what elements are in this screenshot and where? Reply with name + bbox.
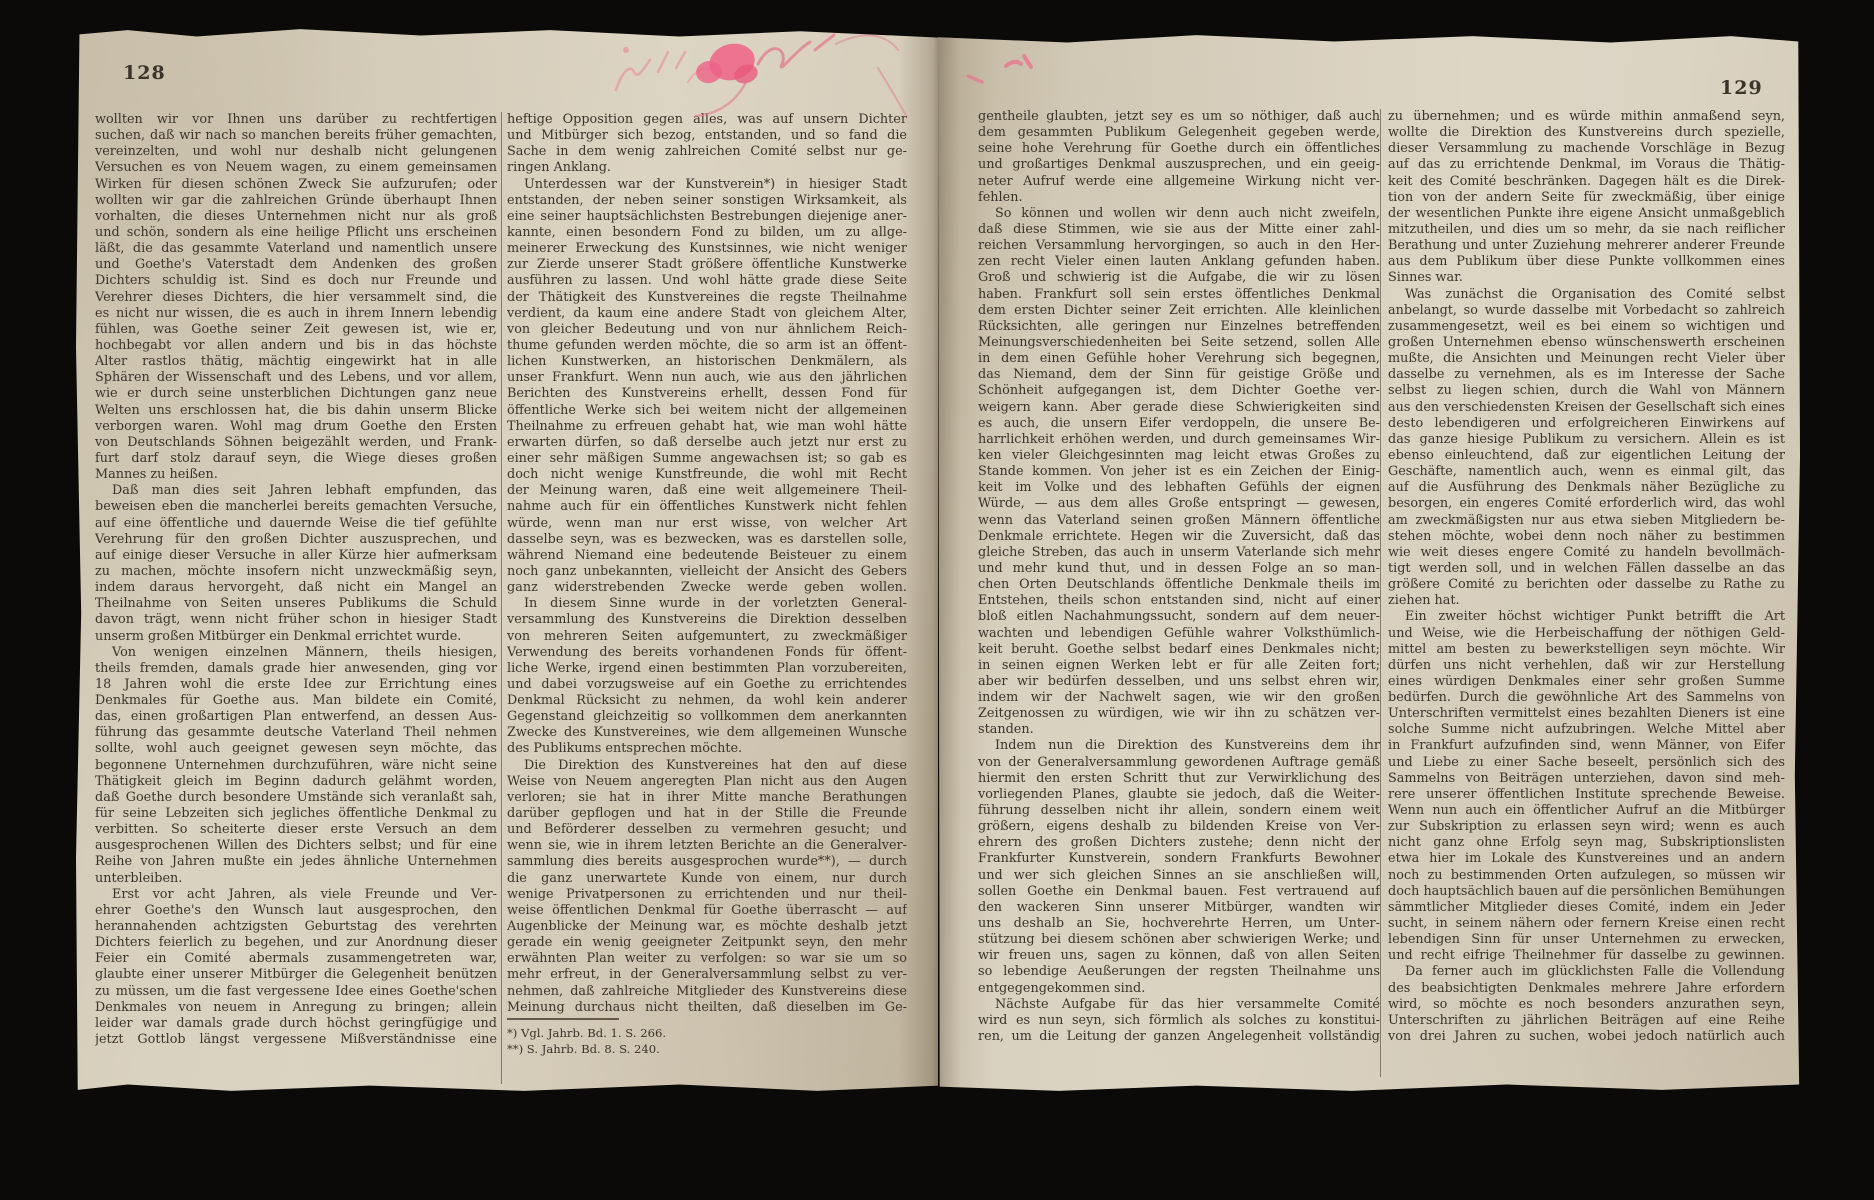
text-line: auf eine öffentliche und dauernde Weise … xyxy=(95,516,497,532)
text-line: auf die Ausführung des Denkmals näher Be… xyxy=(1388,480,1785,496)
text-line: Weise von Neuem angeregten Plan nicht au… xyxy=(507,774,907,790)
text-line: darüber gepflogen und hat in der Stille … xyxy=(507,806,907,822)
text-column-3: gentheile glaubten, jetzt sey es um so n… xyxy=(978,109,1380,1045)
text-line: Berichten des Kunstvereins erhellt, dess… xyxy=(507,386,907,402)
text-line: Da ferner auch im glücklichsten Falle di… xyxy=(1388,964,1785,980)
text-line: entgegengekommen sind. xyxy=(978,981,1380,997)
text-line: anbelangt, so wurde dasselbe mit Vorbeda… xyxy=(1388,303,1785,319)
text-line: Wirken für diesen schönen Zweck Sie aufz… xyxy=(95,177,497,193)
text-line: lichen Kunstwerken, an historischen Denk… xyxy=(507,354,907,370)
text-line: mitzutheilen, und dies um so mehr, da si… xyxy=(1388,222,1785,238)
text-line: Meinung durchaus nicht theilten, daß die… xyxy=(507,1000,907,1016)
ink-stroke xyxy=(758,35,834,67)
text-line: Denkmales für Goethe aus. Man bildete ei… xyxy=(95,693,497,709)
text-line: Entstehen, theils schon entstanden sind,… xyxy=(978,593,1380,609)
text-line: fehlen. xyxy=(978,190,1380,206)
text-line: es nicht nur wissen, die es auch in ihre… xyxy=(95,306,497,322)
text-line: Gegenstand gleichzeitig so vollkommen de… xyxy=(507,709,907,725)
text-line: bloß eitlen Nachahmungssucht, sondern au… xyxy=(978,609,1380,625)
text-line: Mannes zu heißen. xyxy=(95,467,497,483)
text-line: läßt, die das gesammte Vaterland und nam… xyxy=(95,241,497,257)
text-line: Zwecke des Kunstvereines, wie dem allgem… xyxy=(507,725,907,741)
text-line: von mehreren Seiten aufgemuntert, zu zwe… xyxy=(507,629,907,645)
text-line: erwähnten Plan weiter zu verfolgen: so w… xyxy=(507,951,907,967)
text-line: zu müssen, um die fast vergessene Idee e… xyxy=(95,984,497,1000)
text-line: den wackeren Sinn unserer Mitbürger, wan… xyxy=(978,900,1380,916)
text-line: so lebendige Aeußerungen der regsten The… xyxy=(978,964,1380,980)
page-number-128: 128 xyxy=(123,62,166,84)
text-line: etwa hier im Lokale des Kunstvereines un… xyxy=(1388,851,1785,867)
text-line: Unterdessen war der Kunstverein*) in hie… xyxy=(507,177,907,193)
text-line: wenige Privatpersonen zu errichtenden un… xyxy=(507,887,907,903)
text-line: Verehrer dieses Dichters, die hier versa… xyxy=(95,290,497,306)
text-line: weigern kann. Aber gerade diese Schwieri… xyxy=(978,400,1380,416)
text-line: Sphären der Wissenschaft und des Lebens,… xyxy=(95,370,497,386)
text-line: Groß und schwierig ist die Aufgabe, die … xyxy=(978,270,1380,286)
text-line: wachten und lebendigen Gefühle wahrer Vo… xyxy=(978,626,1380,642)
text-line: wollte die Direktion des Kunstvereins du… xyxy=(1388,125,1785,141)
text-line: Denkmale errichtete. Hegen wir die Zuver… xyxy=(978,529,1380,545)
text-line: theils fremden, damals grade hier anwese… xyxy=(95,661,497,677)
text-line: keit im Volke und des lebhaften Gefühls … xyxy=(978,480,1380,496)
text-line: meinerer Erweckung des Kunstsinnes, wie … xyxy=(507,241,907,257)
text-line: Berathung und unter Zuziehung mehrerer a… xyxy=(1388,238,1785,254)
page-number-129: 129 xyxy=(1720,77,1763,99)
text-line: ringen Anklang. xyxy=(507,160,907,176)
text-line: nahme auch für ein öffentliches Kunstwer… xyxy=(507,499,907,515)
text-line: tion von der andern Seite für zweckmäßig… xyxy=(1388,190,1785,206)
text-line: Unterschriften zu jährlichen Beiträgen a… xyxy=(1388,1013,1785,1029)
text-line: öffentliche Werke sich bei weitem nicht … xyxy=(507,403,907,419)
text-line: vorhalten, die dieses Unternehmen nicht … xyxy=(95,209,497,225)
text-line: Daß man dies seit Jahren lebhaft empfund… xyxy=(95,483,497,499)
text-line: wenn das Vaterland seinen großen Männern… xyxy=(978,513,1380,529)
text-line: das, einen großartigen Plan entwerfend, … xyxy=(95,709,497,725)
text-line: Sache in dem wenig zahlreichen Comité se… xyxy=(507,144,907,160)
text-line: von der Generalversammlung gewordenen Au… xyxy=(978,755,1380,771)
text-column-4: zu übernehmen; und es würde mithin anmaß… xyxy=(1388,109,1785,1045)
text-line: verloren; sie hat in ihrer Mitte manche … xyxy=(507,790,907,806)
text-line: Alter rastlos thätig, mächtig eingewirkt… xyxy=(95,354,497,370)
text-line: leider war damals grade durch höchst ger… xyxy=(95,1016,497,1032)
ink-stroke xyxy=(658,52,685,72)
text-line: 18 Jahren wohl die erste Idee zur Errich… xyxy=(95,677,497,693)
text-line: fühlen, was Goethe seiner Zeit gewesen i… xyxy=(95,322,497,338)
text-line: sucht, in seinem nähern oder fernern Kre… xyxy=(1388,916,1785,932)
text-line: sollen Goethe ein Denkmal bauen. Fest ve… xyxy=(978,884,1380,900)
text-line: sammlung dies bereits ausgesprochen wurd… xyxy=(507,854,907,870)
text-line: am zweckmäßigsten nur aus etwa sieben Mi… xyxy=(1388,513,1785,529)
text-line: und Beförderer desselben zu vermehren ge… xyxy=(507,822,907,838)
text-line: und großartiges Denkmal auszusprechen, u… xyxy=(978,157,1380,173)
text-line: größern, eigens deshalb zu bildenden Kre… xyxy=(978,819,1380,835)
text-line: der wesentlichen Punkte ihre eigene Ansi… xyxy=(1388,206,1785,222)
text-line: die ganz unerwartete Kunde von einem, nu… xyxy=(507,871,907,887)
text-column-1: wollten wir vor Ihnen uns darüber zu rec… xyxy=(95,112,497,1048)
handwritten-ink-annotation xyxy=(596,10,1046,122)
text-line: Sinnes war. xyxy=(1388,270,1785,286)
text-line: desto lebendigeren und erfolgreicheren E… xyxy=(1388,416,1785,432)
ink-stroke xyxy=(696,82,746,116)
text-line: Zeitgenossen zu würdigen, wie wir ihn zu… xyxy=(978,706,1380,722)
text-line: Dichters feierlich zu begehen, und zur A… xyxy=(95,935,497,951)
text-line: wir freuen uns, sagen zu können, daß von… xyxy=(978,948,1380,964)
text-line: das ganze hiesige Publikum zu versichern… xyxy=(1388,432,1785,448)
text-line: chen Orten Deutschlands öffentliche Denk… xyxy=(978,577,1380,593)
text-line: aus dem Publikum über diese Punkte vollk… xyxy=(1388,254,1785,270)
text-line: während Niemand eine bedeutende Beisteue… xyxy=(507,548,907,564)
text-line: in dem einen Gefühle hoher Verehrung sic… xyxy=(978,351,1380,367)
text-line: zur Subskription zu erlassen seyn wird; … xyxy=(1388,819,1785,835)
text-line: würde, wenn man nur erst wisse, von welc… xyxy=(507,516,907,532)
text-line: versammlung des Kunstvereins die Direkti… xyxy=(507,612,907,628)
text-line: und Weise, wie die Herbeischaffung der n… xyxy=(1388,626,1785,642)
left-page: 128 wollten wir vor Ihnen uns darüber zu… xyxy=(76,28,938,1092)
text-line: besorgen, ein engeres Comité erforderlic… xyxy=(1388,496,1785,512)
text-line: doch nicht wenige Kunstfreunde, die wohl… xyxy=(507,467,907,483)
ink-stroke xyxy=(836,35,898,50)
text-line: wenn sie, wie in ihrem letzten Berichte … xyxy=(507,838,907,854)
text-line: liche Werke, irgend einen bestimmten Pla… xyxy=(507,661,907,677)
text-line: Dichters schuldig ist. Sind es doch nur … xyxy=(95,273,497,289)
text-line: Was zunächst die Organisation des Comité… xyxy=(1388,287,1785,303)
ink-stroke xyxy=(616,60,650,90)
text-line: auf einige dieser Versuche in aller Kürz… xyxy=(95,548,497,564)
text-line: zu übernehmen; und es würde mithin anmaß… xyxy=(1388,109,1785,125)
text-line: großen Unternehmen ebenso wünschenswerth… xyxy=(1388,335,1785,351)
text-line: und schön, sondern als eine heilige Pfli… xyxy=(95,225,497,241)
text-line: neter Aufruf werde eine allgemeine Wirku… xyxy=(978,174,1380,190)
text-line: mehr erfreut, in der Generalversammlung … xyxy=(507,967,907,983)
text-line: ganz widerstrebenden Zwecke werde geben … xyxy=(507,580,907,596)
text-line: Indem nun die Direktion des Kunstvereins… xyxy=(978,738,1380,754)
text-line: Nächste Aufgabe für das hier versammelte… xyxy=(978,997,1380,1013)
text-line: reichen Versammlung hervorgingen, so auc… xyxy=(978,238,1380,254)
text-line: Augenblicke der Meinung war, es möchte d… xyxy=(507,919,907,935)
text-line: von drei Jahren zu suchen, wobei jedoch … xyxy=(1388,1029,1785,1045)
text-line: indem daraus hervorgeht, daß nicht ein M… xyxy=(95,580,497,596)
text-line: dasselbe seyn, was es bezwecken, was es … xyxy=(507,532,907,548)
text-line: **) S. Jahrb. Bd. 8. S. 240. xyxy=(507,1042,907,1058)
text-line: zen recht Vieler einen lauten Anklang ge… xyxy=(978,254,1380,270)
text-line: beweisen eben die mancherlei bereits gem… xyxy=(95,499,497,515)
text-line: wie er durch seine unsterblichen Dichtun… xyxy=(95,386,497,402)
text-line: uns deshalb an Sie, hochverehrte Herren,… xyxy=(978,916,1380,932)
text-line: stützung bei diesem schönen aber schwier… xyxy=(978,932,1380,948)
text-line: Rücksichten, alle geringen nur Einzelnes… xyxy=(978,319,1380,335)
footnote-rule xyxy=(507,1018,619,1020)
text-line: mußte, die Ansichten und Meinungen recht… xyxy=(1388,351,1785,367)
text-line: für seine Lebzeiten sich jegliches öffen… xyxy=(95,806,497,822)
text-line: erwarten dürfen, so daß derselbe auch je… xyxy=(507,435,907,451)
ink-dot xyxy=(623,47,629,53)
text-line: ehrern des großen Dichters zustehe; denn… xyxy=(978,835,1380,851)
text-line: solche Summe nicht aufzubringen. Welche … xyxy=(1388,722,1785,738)
text-line: vereinzelten, und wohl nur deshalb nicht… xyxy=(95,144,497,160)
text-line: Geschäfte, namentlich auch, wenn es einm… xyxy=(1388,464,1785,480)
text-line: zur Zierde unserer Stadt größere öffentl… xyxy=(507,257,907,273)
text-line: verbitten. So scheiterte dieser erste Ve… xyxy=(95,822,497,838)
text-line: Die Direktion des Kunstvereines hat den … xyxy=(507,758,907,774)
text-line: Denkmal Rücksicht zu nehmen, da wohl kei… xyxy=(507,693,907,709)
text-line: begonnene Unternehmen durchzuführen, wär… xyxy=(95,758,497,774)
text-line: entstanden, der neben seiner sonstigen W… xyxy=(507,193,907,209)
text-line: dasselbe zu vernehmen, als es im Interes… xyxy=(1388,367,1785,383)
text-line: Theilnahme von Seiten unseres Publikums … xyxy=(95,596,497,612)
text-line: eines würdigen Denkmales einer sehr groß… xyxy=(1388,674,1785,690)
column-divider-right xyxy=(1380,109,1381,1077)
text-line: selbst zu liegen schien, durch die Wahl … xyxy=(1388,383,1785,399)
text-line: sämmtlicher Mitglieder dieses Comité, in… xyxy=(1388,900,1785,916)
text-line: der Meinung waren, daß eine weit allgeme… xyxy=(507,483,907,499)
text-line: Schönheit aufgegangen ist, dem Dichter G… xyxy=(978,383,1380,399)
text-line: weise öffentlichen Denkmal für Goethe üb… xyxy=(507,903,907,919)
text-line: seine hohe Verehrung für Goethe durch ei… xyxy=(978,141,1380,157)
text-line: Versuchen es von Neuem wagen, zu einem g… xyxy=(95,160,497,176)
text-line: daß Goethe durch besondere Umstände sich… xyxy=(95,790,497,806)
text-line: noch zu bestimmenden Orten aufzulegen, s… xyxy=(1388,868,1785,884)
text-line: verdient, da kaum eine andere Stadt von … xyxy=(507,306,907,322)
text-line: auf das zu errichtende Denkmal, im Vorau… xyxy=(1388,157,1785,173)
text-line: und mehr kund thut, und in dessen Folge … xyxy=(978,561,1380,577)
text-line: furt darf stolz darauf seyn, die Wiege d… xyxy=(95,451,497,467)
text-line: Reihe von Jahren mußte ein jedes ähnlich… xyxy=(95,854,497,870)
text-line: Thätigkeit gleich im Beginn dadurch gelä… xyxy=(95,774,497,790)
text-line: führung das gesammte deutsche Vaterland … xyxy=(95,725,497,741)
text-line: indem wir der Nachwelt sagen, wie wir de… xyxy=(978,690,1380,706)
text-line: unterbleiben. xyxy=(95,871,497,887)
text-line: ren, um die Leitung der ganzen Angelegen… xyxy=(978,1029,1380,1045)
text-line: gleiche Streben, das auch in unserm Vate… xyxy=(978,545,1380,561)
text-line: Würde, — aus dem alles Große entspringt … xyxy=(978,496,1380,512)
text-line: unserm großen Mitbürger ein Denkmal erri… xyxy=(95,629,497,645)
text-line: dem ersten Dichter seiner Zeit errichten… xyxy=(978,303,1380,319)
text-line: tigt werden soll, und in welchen Fällen … xyxy=(1388,561,1785,577)
text-line: mittel am besten zu bewerkstelligen seyn… xyxy=(1388,642,1785,658)
text-line: und dabei vorzugsweise auf ein Goethe zu… xyxy=(507,677,907,693)
text-line: ken vieler Gleichgesinnten mag leicht et… xyxy=(978,448,1380,464)
text-line: daß diese Stimmen, wie sie aus der Mitte… xyxy=(978,222,1380,238)
text-line: lebendigen Sinn für unser Unternehmen zu… xyxy=(1388,932,1785,948)
text-line: unser Frankfurt. Wenn nun auch, wie aus … xyxy=(507,370,907,386)
text-line: jetzt Gottlob längst vergessene Mißverst… xyxy=(95,1032,497,1048)
text-line: des beabsichtigten Denkmales mehrere Jah… xyxy=(1388,981,1785,997)
text-line: zusammengesetzt, weil es bei einem so wi… xyxy=(1388,319,1785,335)
scanned-document-photo: { "background_color": "#0b0a08", "paper_… xyxy=(0,0,1874,1200)
text-line: einer sehr mäßigen Summe angewachsen ist… xyxy=(507,451,907,467)
text-line: wird es nun seyn, sich förmlich als solc… xyxy=(978,1013,1380,1029)
text-line: dürfen uns nicht verhehlen, daß wir zur … xyxy=(1388,658,1785,674)
text-line: gerade ein wenig geeigneter Zeitpunkt se… xyxy=(507,935,907,951)
text-line: sollte, wohl auch geeignet gewesen seyn … xyxy=(95,741,497,757)
text-line: thume gefunden werden möchte, die so arm… xyxy=(507,338,907,354)
text-line: es auch, die unsern Eifer verdoppeln, di… xyxy=(978,416,1380,432)
text-line: von Deutschlands Söhnen beigezählt werde… xyxy=(95,435,497,451)
text-line: und recht eifrige Theilnehmer für dassel… xyxy=(1388,948,1785,964)
text-line: das Niemand, dem der Sinn für geistige G… xyxy=(978,367,1380,383)
gutter-ink-marks xyxy=(968,56,1031,82)
text-line: harrlichkeit erhöhen werden, und durch g… xyxy=(978,432,1380,448)
text-line: eine seiner hauptsächlichsten Bestrebung… xyxy=(507,209,907,225)
text-line: ausgesprochenen Willen des Dichters selb… xyxy=(95,838,497,854)
column-divider-left xyxy=(501,112,502,1084)
text-line: in seinen eignen Werken lebt er für alle… xyxy=(978,658,1380,674)
text-line: stehen möchte, wobei denn noch näher zu … xyxy=(1388,529,1785,545)
text-line: ausführen zu lassen. Und wohl hätte grad… xyxy=(507,273,907,289)
text-line: und wer sich gleichen Sinnes an sie ansc… xyxy=(978,868,1380,884)
text-line: Erst vor acht Jahren, als viele Freunde … xyxy=(95,887,497,903)
text-line: Sammelns von Beiträgen unterziehen, davo… xyxy=(1388,771,1785,787)
text-line: nicht ganz ohne Erfolg seyn mag, Subskri… xyxy=(1388,835,1785,851)
text-line: Meinungsverschiedenheiten bei Seite setz… xyxy=(978,335,1380,351)
text-line: bedürfen. Durch die gewöhnliche Art des … xyxy=(1388,690,1785,706)
text-line: führung desselben nicht ihr allein, sond… xyxy=(978,803,1380,819)
text-line: Unterschriften vermittelst eines bezahlt… xyxy=(1388,706,1785,722)
ink-stroke xyxy=(878,68,906,116)
text-line: *) Vgl. Jahrb. Bd. 1. S. 266. xyxy=(507,1026,907,1042)
text-line: keit des Comité beschränken. Dagegen häl… xyxy=(1388,174,1785,190)
text-line: noch ganz unbekannten, vielleicht der An… xyxy=(507,564,907,580)
text-line: und Liebe zu einer Sache beseelt, persön… xyxy=(1388,755,1785,771)
text-line: Welten uns erschlossen hat, die bis dahi… xyxy=(95,403,497,419)
text-line: ziehen hat. xyxy=(1388,593,1785,609)
text-line: wie weit dieses engere Comité zu handeln… xyxy=(1388,545,1785,561)
text-line: hiermit den ersten Schritt thut zur Verw… xyxy=(978,771,1380,787)
text-line: aus den verschiedensten Kreisen der Gese… xyxy=(1388,400,1785,416)
right-page: 129 gentheile glaubten, jetzt sey es um … xyxy=(938,33,1800,1093)
text-line: suchen, daß wir nach so manchen bereits … xyxy=(95,128,497,144)
text-column-2: heftige Opposition gegen alles, was auf … xyxy=(507,112,907,1016)
text-line: nehmen, daß zahlreiche Mitglieder des Ku… xyxy=(507,984,907,1000)
footnotes: *) Vgl. Jahrb. Bd. 1. S. 266.**) S. Jahr… xyxy=(507,1026,907,1057)
text-line: glaubte einer unserer Mitbürger die Gele… xyxy=(95,967,497,983)
text-line: und Goethe's Vaterstadt dem Andenken des… xyxy=(95,257,497,273)
text-line: wird, so möchte es noch besonders anzura… xyxy=(1388,997,1785,1013)
text-line: von gleicher Bedeutung und von nur ähnli… xyxy=(507,322,907,338)
ink-blot xyxy=(694,39,760,87)
text-line: davon trägt, wenn nicht früher schon in … xyxy=(95,612,497,628)
text-line: Verehrung für den großen Dichter auszusp… xyxy=(95,532,497,548)
text-line: herannahenden achtzigsten Geburtstag des… xyxy=(95,919,497,935)
text-line: In diesem Sinne wurde in der vorletzten … xyxy=(507,596,907,612)
text-line: in Frankfurt aufzufinden sind, wenn Männ… xyxy=(1388,738,1785,754)
text-line: vorliegenden Planes, glaubte sie jedoch,… xyxy=(978,787,1380,803)
text-line: hochbegabt vor allen andern und bis in d… xyxy=(95,338,497,354)
text-line: des Publikums entsprechen möchte. xyxy=(507,741,907,757)
text-line: verborgen waren. Wohl mag drum Goethe de… xyxy=(95,419,497,435)
text-line: Von wenigen einzelnen Männern, theils hi… xyxy=(95,645,497,661)
text-line: Stande kommen. Von jeher ist es ein Zeic… xyxy=(978,464,1380,480)
text-line: Frankfurter Kunstverein, sondern Frankfu… xyxy=(978,851,1380,867)
text-line: der Thätigkeit des Kunstvereines die reg… xyxy=(507,290,907,306)
text-line: kannte, einen besondern Fond zu bilden, … xyxy=(507,225,907,241)
text-line: So können und wollen wir denn auch nicht… xyxy=(978,206,1380,222)
text-line: doch hauptsächlich bauen auf die persönl… xyxy=(1388,884,1785,900)
text-line: Verwendung des bereits vorhandenen Fonds… xyxy=(507,645,907,661)
text-line: ehrer Goethe's den Wunsch laut ausgespro… xyxy=(95,903,497,919)
text-line: rere unserer öffentlichen Institute spre… xyxy=(1388,787,1785,803)
text-line: Wenn nun auch ein öffentlicher Aufruf an… xyxy=(1388,803,1785,819)
text-line: standen. xyxy=(978,722,1380,738)
text-line: und Mitbürger sich bezog, entstanden, un… xyxy=(507,128,907,144)
text-line: wollten wir gar die zahlreichen Gründe ü… xyxy=(95,193,497,209)
text-line: haben. Frankfurt soll sein erstes öffent… xyxy=(978,287,1380,303)
text-line: Theilnahme zu erfreuen gehabt hat, wie m… xyxy=(507,419,907,435)
text-line: Ein zweiter höchst wichtiger Punkt betri… xyxy=(1388,609,1785,625)
text-line: zu machen, möchte insofern nicht unzweck… xyxy=(95,564,497,580)
text-line: wollten wir vor Ihnen uns darüber zu rec… xyxy=(95,112,497,128)
text-line: ebenso einleuchtend, daß zur eigentliche… xyxy=(1388,448,1785,464)
text-line: Feier ein Comité abermals zusammengetret… xyxy=(95,951,497,967)
text-line: dem gesammten Publikum Gelegenheit gegeb… xyxy=(978,125,1380,141)
text-line: Denkmales von neuem in Anregung zu bring… xyxy=(95,1000,497,1016)
text-line: dieser Versammlung zu machende Vorschläg… xyxy=(1388,141,1785,157)
text-line: größere Comité zu berichten oder dasselb… xyxy=(1388,577,1785,593)
text-line: aber wir bedürfen desselben, und uns sel… xyxy=(978,674,1380,690)
text-line: keit beruht. Goethe selbst bedarf eines … xyxy=(978,642,1380,658)
